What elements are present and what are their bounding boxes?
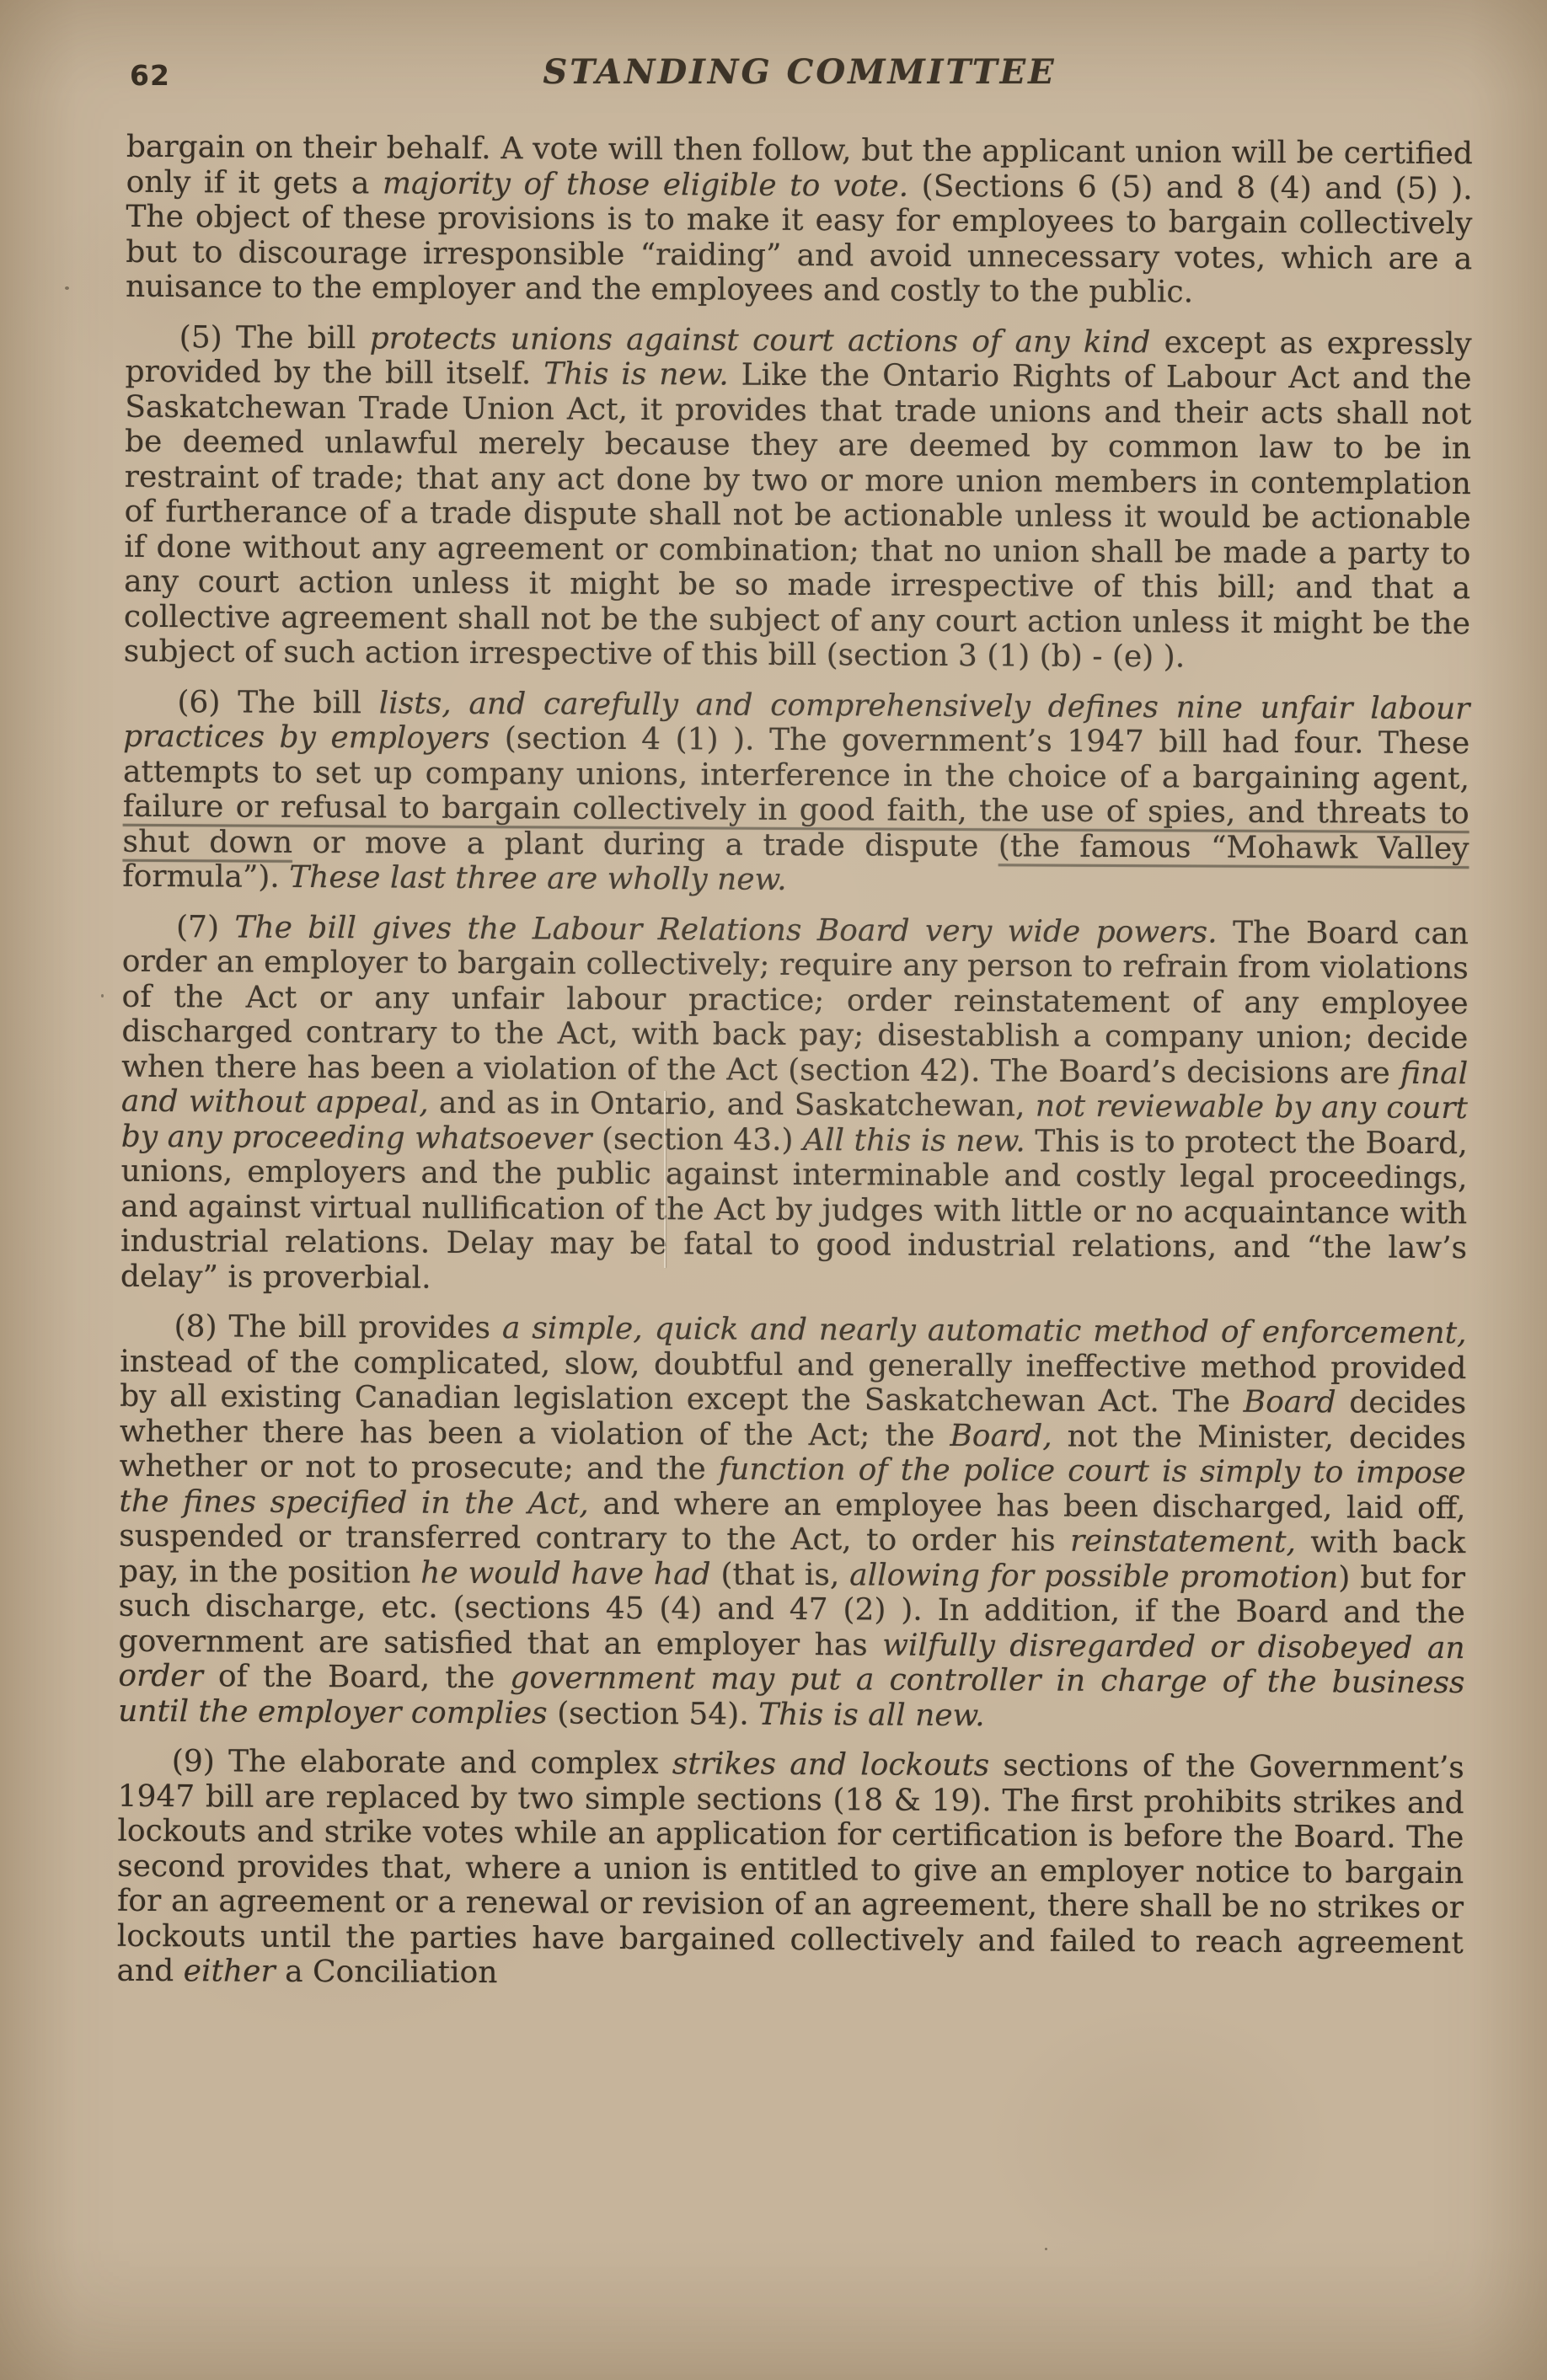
italic-run: protects unions against court actions of… — [370, 321, 1151, 360]
paper-speck — [1400, 201, 1403, 203]
text-run: a Conciliation — [276, 1955, 498, 1990]
page-body: bargain on their behalf. A vote will the… — [116, 130, 1473, 2011]
italic-run: This is all new. — [758, 1697, 985, 1732]
italic-run: either — [184, 1954, 276, 1989]
italic-run: Board, — [950, 1418, 1052, 1453]
italic-run: reinstatement, — [1070, 1524, 1296, 1559]
italic-run: allowing for possible promotion — [849, 1558, 1338, 1595]
text-run: or move a plant during a trade dispute — [292, 825, 998, 863]
pencil-underlined-run: (the famous “Mohawk Valley — [998, 829, 1469, 866]
paper-speck — [1045, 2248, 1047, 2250]
text-run: of the Board, the — [203, 1659, 511, 1695]
paper-speck — [101, 994, 104, 997]
italic-run: a simple, quick and nearly automatic met… — [502, 1311, 1467, 1350]
text-run: (section 54). — [548, 1696, 759, 1731]
text-run: sections of the Government’s 1947 bill a… — [116, 1748, 1464, 1988]
text-run: (9) The elaborate and complex — [172, 1744, 672, 1781]
italic-run: Board — [1244, 1385, 1336, 1420]
paper-speck — [65, 286, 69, 290]
text-run: (section 43.) — [591, 1121, 803, 1157]
paragraph: (8) The bill provides a simple, quick an… — [118, 1309, 1467, 1736]
page-number: 62 — [130, 59, 170, 92]
text-run: (5) The bill — [179, 320, 370, 356]
text-run: (7) — [176, 910, 235, 944]
italic-run: majority of those eligible to vote. — [383, 166, 908, 203]
paragraph: (7) The bill gives the Labour Relations … — [120, 909, 1469, 1301]
italic-run: The bill gives the Labour Relations Boar… — [234, 910, 1217, 949]
text-run: (6) The bill — [177, 685, 379, 720]
text-run: (that is, — [710, 1557, 849, 1592]
page-header: 62 STANDING COMMITTEE — [126, 52, 1473, 106]
italic-run: This is new. — [543, 356, 729, 392]
italic-run: These last three are wholly new. — [289, 860, 787, 897]
scratch-artifact — [664, 1091, 666, 1268]
italic-run: he would have had — [420, 1555, 711, 1591]
paragraph: (5) The bill protects unions against cou… — [124, 319, 1472, 676]
text-run: formula”). — [122, 859, 289, 895]
paragraph: (6) The bill lists, and carefully and co… — [122, 684, 1469, 901]
paragraph: bargain on their behalf. A vote will the… — [126, 130, 1473, 312]
text-run: (8) The bill provides — [174, 1309, 502, 1345]
italic-run: strikes and lockouts — [672, 1746, 990, 1783]
italic-run: All this is new. — [803, 1123, 1025, 1158]
text-run: and as in Ontario, and Saskatchewan, — [429, 1086, 1036, 1124]
paragraph: (9) The elaborate and complex strikes an… — [116, 1744, 1464, 1996]
text-run: Like the Ontario Rights of Labour Act an… — [124, 358, 1472, 675]
running-title: STANDING COMMITTEE — [126, 52, 1473, 92]
